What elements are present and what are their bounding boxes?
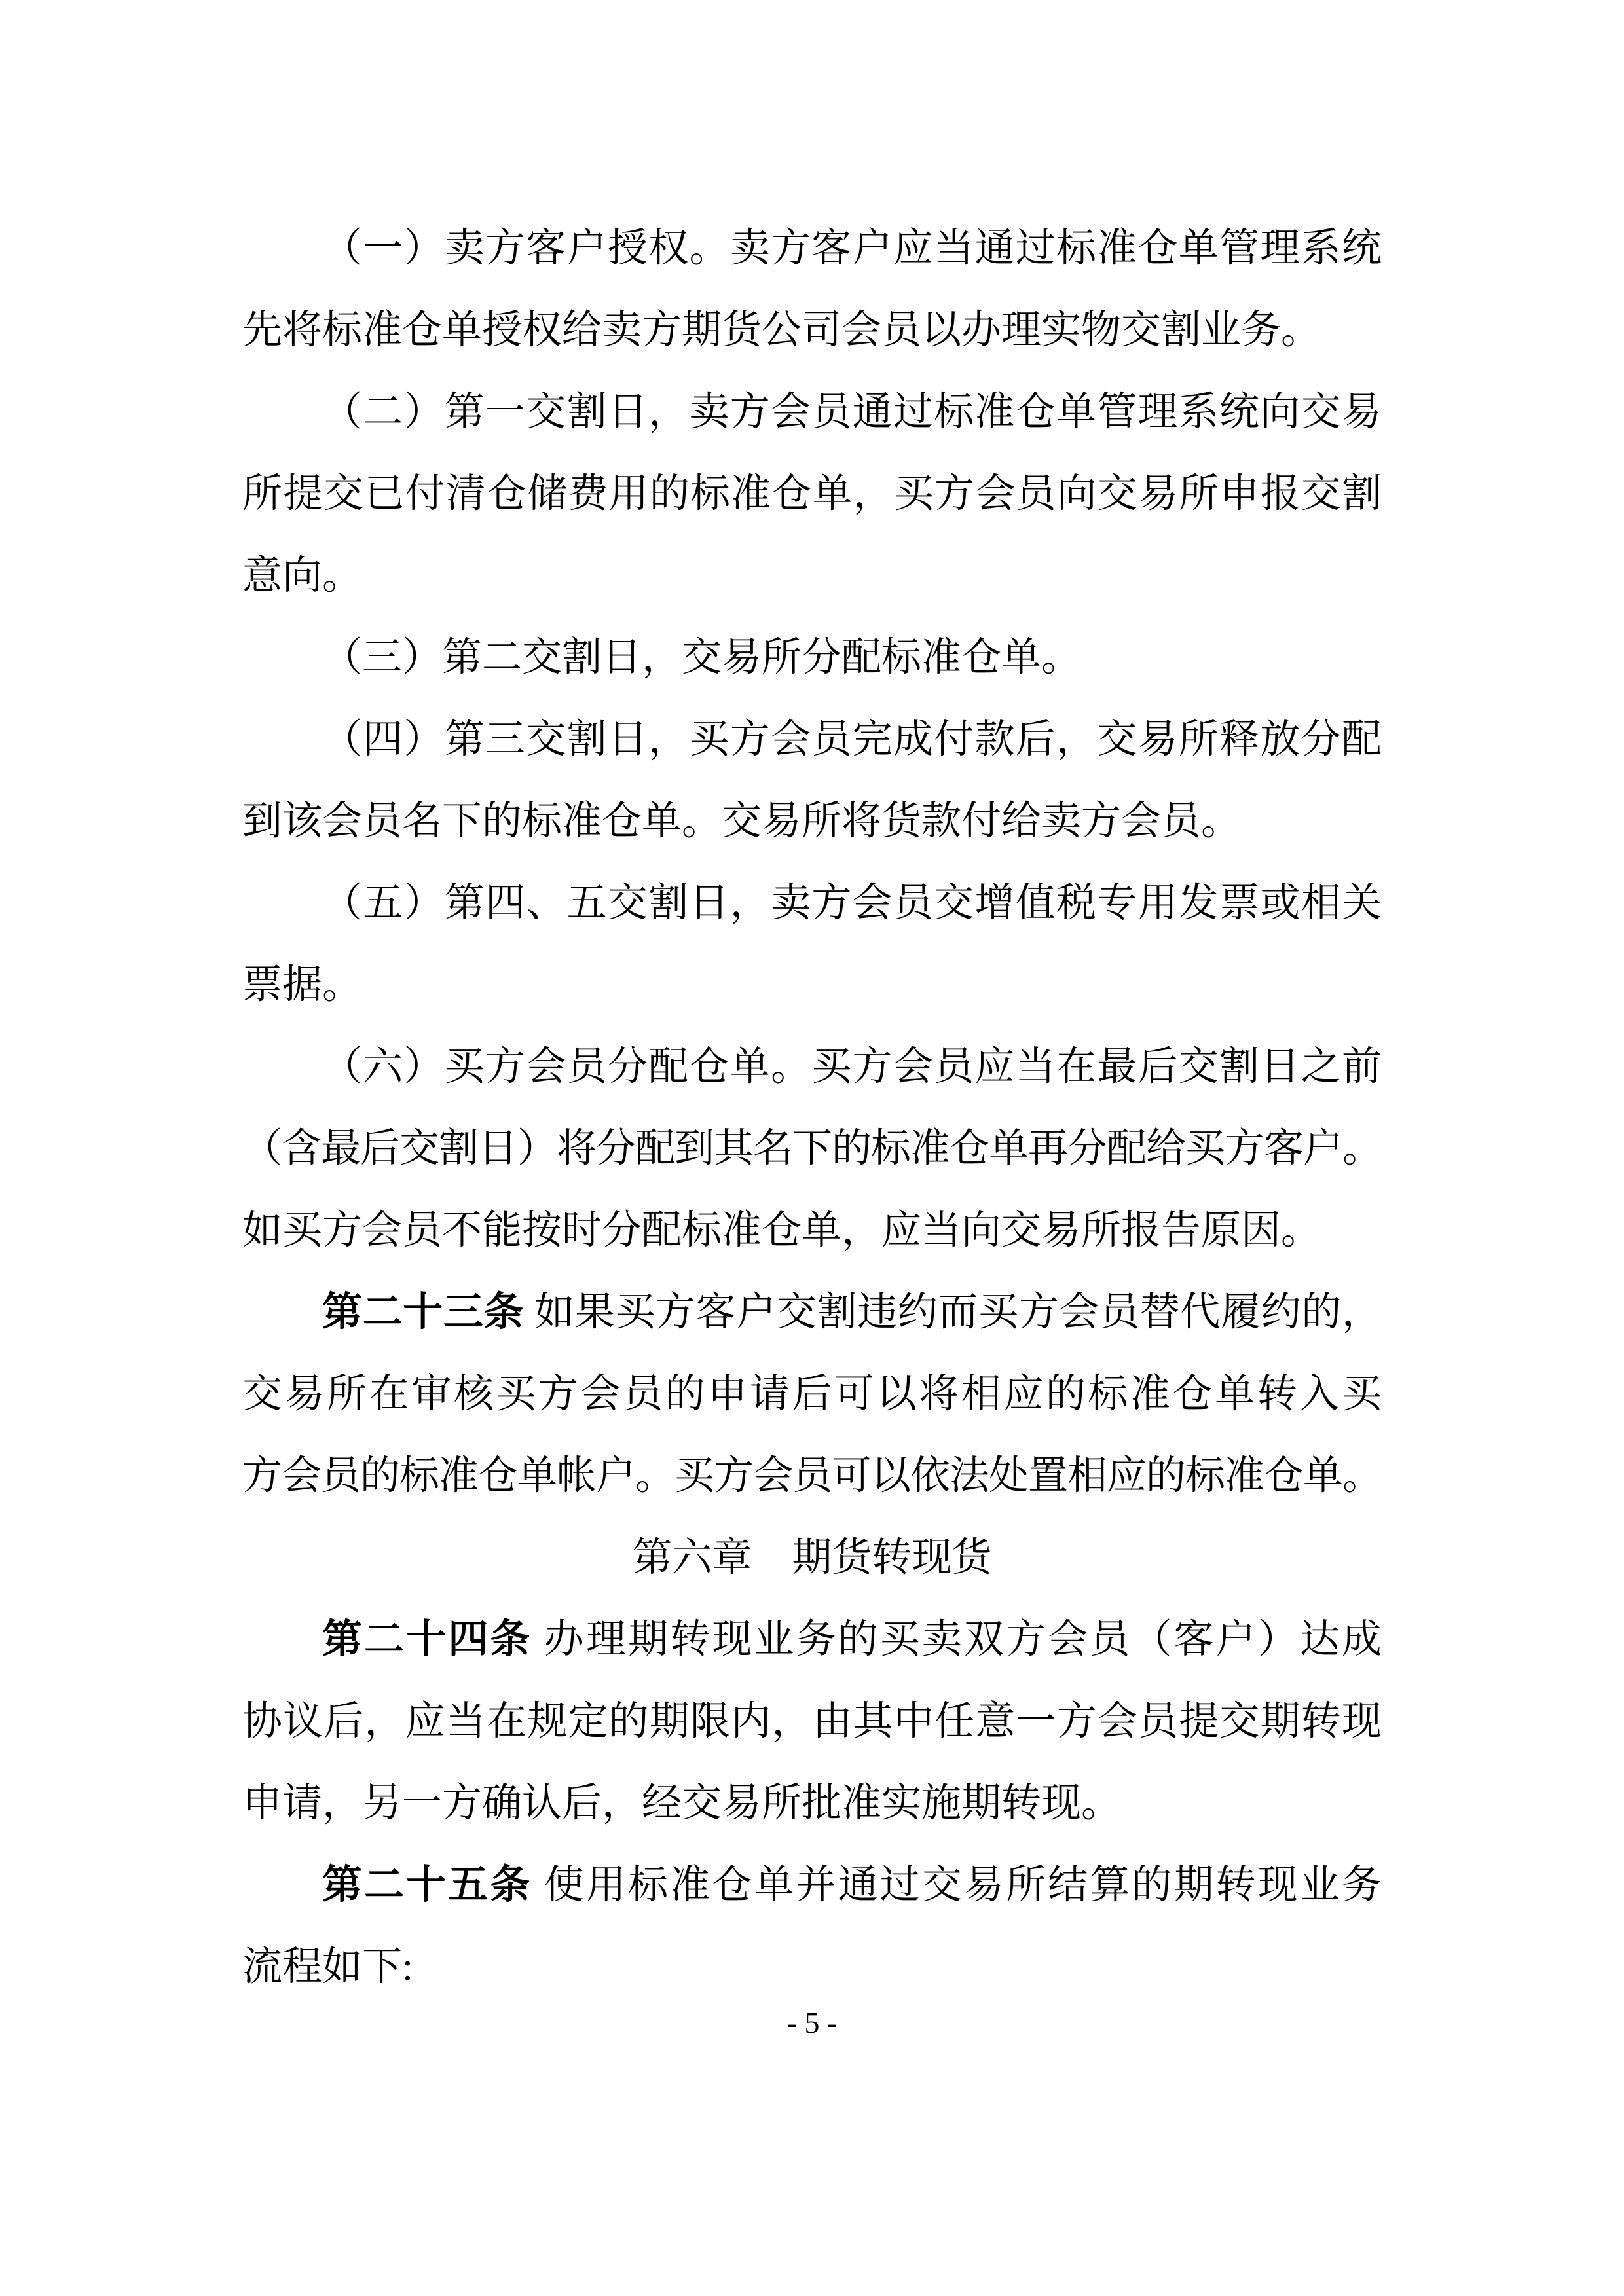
article-text: 办理期转现业务的买卖双方会员（客户）达成 [532,1618,1382,1662]
doc-line-article-25: 第二十五条 使用标准仓单并通过交易所结算的期转现业务 [242,1844,1382,1926]
doc-line-article-23: 第二十三条 如果买方客户交割违约而买方会员替代履约的， [242,1271,1382,1353]
doc-line-article-24: 第二十四条 办理期转现业务的买卖双方会员（客户）达成 [242,1599,1382,1681]
chapter-heading: 第六章 期货转现货 [242,1517,1382,1599]
page-number: - 5 - [0,2008,1624,2038]
doc-line: 票据。 [242,944,1382,1026]
doc-line: 协议后，应当在规定的期限内，由其中任意一方会员提交期转现 [242,1681,1382,1762]
doc-line: 交易所在审核买方会员的申请后可以将相应的标准仓单转入买 [242,1353,1382,1435]
doc-line: 方会员的标准仓单帐户。买方会员可以依法处置相应的标准仓单。 [242,1435,1382,1517]
doc-line: 所提交已付清仓储费用的标准仓单，买方会员向交易所申报交割 [242,453,1382,535]
doc-line: 意向。 [242,535,1382,617]
doc-line: （一）卖方客户授权。卖方客户应当通过标准仓单管理系统 [242,208,1382,289]
doc-line: 先将标准仓单授权给卖方期货公司会员以办理实物交割业务。 [242,289,1382,371]
doc-line: （三）第二交割日，交易所分配标准仓单。 [242,617,1382,699]
article-number-label: 第二十五条 [322,1863,532,1907]
doc-line: 流程如下: [242,1926,1382,2008]
doc-line: （四）第三交割日，买方会员完成付款后，交易所释放分配 [242,699,1382,780]
doc-line: （含最后交割日）将分配到其名下的标准仓单再分配给买方客户。 [242,1108,1382,1190]
doc-line: （二）第一交割日，卖方会员通过标准仓单管理系统向交易 [242,371,1382,453]
doc-line: （五）第四、五交割日，卖方会员交增值税专用发票或相关 [242,862,1382,944]
doc-line: 申请，另一方确认后，经交易所批准实施期转现。 [242,1762,1382,1844]
doc-line: 到该会员名下的标准仓单。交易所将货款付给卖方会员。 [242,780,1382,862]
doc-line: 如买方会员不能按时分配标准仓单，应当向交易所报告原因。 [242,1190,1382,1271]
doc-line: （六）买方会员分配仓单。买方会员应当在最后交割日之前 [242,1026,1382,1108]
article-number-label: 第二十四条 [322,1618,532,1662]
document-page-body: （一）卖方客户授权。卖方客户应当通过标准仓单管理系统 先将标准仓单授权给卖方期货… [242,208,1382,2008]
article-text: 如果买方客户交割违约而买方会员替代履约的， [524,1290,1382,1334]
article-number-label: 第二十三条 [322,1290,524,1334]
article-text: 使用标准仓单并通过交易所结算的期转现业务 [532,1863,1382,1907]
